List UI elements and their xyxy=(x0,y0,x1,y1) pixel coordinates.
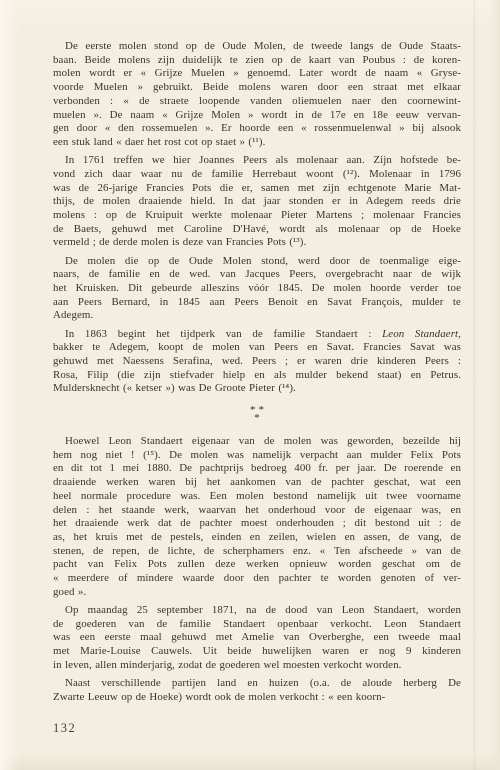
text-segment: molens : op de Kruipuit werkte molenaar … xyxy=(53,209,461,221)
text-line: was een eerste maal gehuwd met Amelie va… xyxy=(53,631,461,645)
text-line: gehuwd met Naessens Serafina, wed. Peers… xyxy=(53,355,461,369)
text-line: In 1761 treffen we hier Joannes Peers al… xyxy=(53,154,461,168)
text-segment: verbonden : « de straete loopende vanden… xyxy=(53,95,461,107)
text-line: de goederen van de familie Standaert ope… xyxy=(53,618,461,632)
text-segment: thijs, de molen draaiende hield. In dat … xyxy=(53,195,461,207)
paragraph: Hoewel Leon Standaert eigenaar van de mo… xyxy=(53,435,461,599)
text-segment: een stuk land « daer het rost cot op sta… xyxy=(53,136,265,148)
text-line: bakker te Adegem, koopt de molen van Pee… xyxy=(53,341,461,355)
text-line: en dit tot 1 mei 1880. De pachtprijs bed… xyxy=(53,462,461,476)
text-segment: baan. Beide molens zijn duidelijk te zie… xyxy=(53,54,461,66)
text-line: De eerste molen stond op de Oude Molen, … xyxy=(53,40,461,54)
paragraph: In 1863 begint het tijdperk van de famil… xyxy=(53,328,461,397)
paragraph: Naast verschillende partijen land en hui… xyxy=(53,677,461,704)
text-line: Naast verschillende partijen land en hui… xyxy=(53,677,461,691)
text-segment: het Kruisken. Dit gebeurde alleszins vóó… xyxy=(53,282,461,294)
text-segment: De eerste molen stond op de Oude Molen, … xyxy=(65,40,461,52)
text-line: het Kruisken. Dit gebeurde alleszins vóó… xyxy=(53,282,461,296)
text-segment: was de 26-jarige Francies Pots die er, s… xyxy=(53,182,461,194)
text-line: Hoewel Leon Standaert eigenaar van de mo… xyxy=(53,435,461,449)
text-line: delen : het staande werk, waarvan het on… xyxy=(53,504,461,518)
text-segment: aan Peers Bernard, in 1845 aan Peers Ben… xyxy=(53,296,461,308)
text-segment: Naast verschillende partijen land en hui… xyxy=(65,677,461,689)
text-segment: heel normale procedure was. Een molen be… xyxy=(53,490,461,502)
text-line: heel normale procedure was. Een molen be… xyxy=(53,490,461,504)
text-line: de Baets, gehuwd met Caroline D'Havé, wo… xyxy=(53,223,461,237)
text-line: molens : op de Kruipuit werkte molenaar … xyxy=(53,209,461,223)
text-line: vond zich daar waar nu de familie Herreb… xyxy=(53,168,461,182)
text-segment: gehuwd met Naessens Serafina, wed. Peers… xyxy=(53,355,461,367)
text-block: De eerste molen stond op de Oude Molen, … xyxy=(53,40,461,709)
text-segment: met Marie-Louise Cauwels. Uit beide huwe… xyxy=(53,645,461,657)
text-segment: « meerdere of mindere waarde door den pa… xyxy=(53,572,461,584)
text-segment: muelen ». De naam « Grijze Molen » wordt… xyxy=(53,109,461,121)
text-segment: Adegem. xyxy=(53,309,93,321)
text-segment: pacht van Felix Pots zullen deze werken … xyxy=(53,558,461,570)
text-segment: molen wordt er « Grijze Muelen » genoemd… xyxy=(53,67,461,79)
text-segment: goed ». xyxy=(53,586,86,598)
text-line: In 1863 begint het tijdperk van de famil… xyxy=(53,328,461,342)
text-segment: as, het kruis met de pestels, einden en … xyxy=(53,531,461,543)
text-segment: stenen, de repen, de lichte, de scherpha… xyxy=(53,545,461,557)
text-line: een stuk land « daer het rost cot op sta… xyxy=(53,136,461,150)
text-segment: delen : het staande werk, waarvan het on… xyxy=(53,504,461,516)
text-line: as, het kruis met de pestels, einden en … xyxy=(53,531,461,545)
page-crease xyxy=(473,0,476,770)
text-segment: en dit tot 1 mei 1880. De pachtprijs bed… xyxy=(53,462,461,474)
text-line: in leven, allen minderjarig, zodat de go… xyxy=(53,659,461,673)
asterism-divider: *** xyxy=(53,406,461,422)
text-line: pacht van Felix Pots zullen deze werken … xyxy=(53,558,461,572)
text-line: Muldersknecht (« ketser ») was De Groote… xyxy=(53,382,461,396)
text-line: vermeld ; de derde molen is deze van Fra… xyxy=(53,236,461,250)
text-segment: Op maandag 25 september 1871, na de dood… xyxy=(65,604,461,616)
text-line: hem nog niet ! (¹⁵). De molen was nameli… xyxy=(53,449,461,463)
text-segment: het draaiende werk dat de pachter moest … xyxy=(53,517,461,529)
paragraph: In 1761 treffen we hier Joannes Peers al… xyxy=(53,154,461,250)
text-segment: gen door « den rossemuelen ». Er hoorde … xyxy=(53,122,461,134)
text-line: aan Peers Bernard, in 1845 aan Peers Ben… xyxy=(53,296,461,310)
text-segment: De molen die op de Oude Molen stond, wer… xyxy=(65,255,461,267)
text-segment: vond zich daar waar nu de familie Herreb… xyxy=(53,168,461,180)
text-line: verbonden : « de straete loopende vanden… xyxy=(53,95,461,109)
text-segment: Zwarte Leeuw op de Hoeke) wordt ook de m… xyxy=(53,691,385,703)
text-line: Op maandag 25 september 1871, na de dood… xyxy=(53,604,461,618)
text-line: baan. Beide molens zijn duidelijk te zie… xyxy=(53,54,461,68)
text-line: stenen, de repen, de lichte, de scherpha… xyxy=(53,545,461,559)
text-line: voorde Muelen » gebruikt. Beide molens w… xyxy=(53,81,461,95)
text-line: Rosa, Filip (die zijn stiefvader hielp e… xyxy=(53,369,461,383)
text-line: met Marie-Louise Cauwels. Uit beide huwe… xyxy=(53,645,461,659)
text-segment: voorde Muelen » gebruikt. Beide molens w… xyxy=(53,81,461,93)
text-segment: de Baets, gehuwd met Caroline D'Havé, wo… xyxy=(53,223,461,235)
text-segment: de goederen van de familie Standaert ope… xyxy=(53,618,461,630)
text-line: goed ». xyxy=(53,586,461,600)
text-line: draaiende werken waren bij het aankomen … xyxy=(53,476,461,490)
asterism-bottom: * xyxy=(53,414,461,422)
text-segment: naars, de familie en de wed. van Jacques… xyxy=(53,268,461,280)
page-number: 132 xyxy=(53,721,76,735)
paragraph: De eerste molen stond op de Oude Molen, … xyxy=(53,40,461,150)
text-segment: in leven, allen minderjarig, zodat de go… xyxy=(53,659,401,671)
text-segment: bakker te Adegem, koopt de molen van Pee… xyxy=(53,341,461,353)
text-line: De molen die op de Oude Molen stond, wer… xyxy=(53,255,461,269)
text-line: gen door « den rossemuelen ». Er hoorde … xyxy=(53,122,461,136)
text-segment: Hoewel Leon Standaert eigenaar van de mo… xyxy=(65,435,461,447)
book-page: De eerste molen stond op de Oude Molen, … xyxy=(0,0,500,770)
paragraph: De molen die op de Oude Molen stond, wer… xyxy=(53,255,461,324)
text-line: thijs, de molen draaiende hield. In dat … xyxy=(53,195,461,209)
text-segment: hem nog niet ! (¹⁵). De molen was nameli… xyxy=(53,449,461,461)
text-segment: In 1761 treffen we hier Joannes Peers al… xyxy=(65,154,461,166)
text-segment: draaiende werken waren bij het aankomen … xyxy=(53,476,461,488)
text-segment: Leon Standaert, xyxy=(382,328,461,340)
text-segment: Muldersknecht (« ketser ») was De Groote… xyxy=(53,382,296,394)
text-line: was de 26-jarige Francies Pots die er, s… xyxy=(53,182,461,196)
text-line: « meerdere of mindere waarde door den pa… xyxy=(53,572,461,586)
text-segment: Rosa, Filip (die zijn stiefvader hielp e… xyxy=(53,369,461,381)
text-line: muelen ». De naam « Grijze Molen » wordt… xyxy=(53,109,461,123)
text-line: het draaiende werk dat de pachter moest … xyxy=(53,517,461,531)
text-segment: vermeld ; de derde molen is deze van Fra… xyxy=(53,236,306,248)
text-segment: In 1863 begint het tijdperk van de famil… xyxy=(65,328,382,340)
text-line: naars, de familie en de wed. van Jacques… xyxy=(53,268,461,282)
text-line: molen wordt er « Grijze Muelen » genoemd… xyxy=(53,67,461,81)
text-line: Zwarte Leeuw op de Hoeke) wordt ook de m… xyxy=(53,691,461,705)
text-segment: was een eerste maal gehuwd met Amelie va… xyxy=(53,631,461,643)
paragraph: Op maandag 25 september 1871, na de dood… xyxy=(53,604,461,673)
text-line: Adegem. xyxy=(53,309,461,323)
